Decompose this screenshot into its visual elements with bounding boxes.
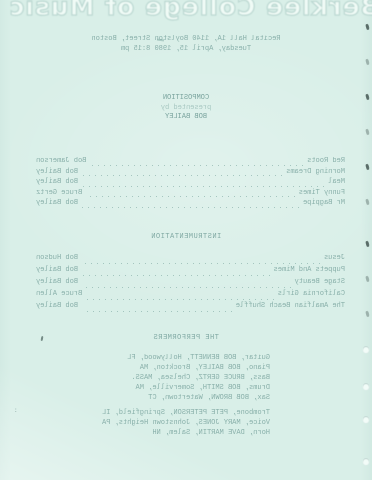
program-row: Meal Bob Bailey: [36, 178, 345, 189]
punch-hole-icon: [363, 458, 369, 464]
presented-by-label: presented by: [0, 104, 372, 114]
piece-performer: Bruce Allen: [36, 290, 82, 298]
piece-title: Mr Bagpipe: [303, 199, 345, 207]
piece-performer: Bob Bailey: [36, 278, 78, 286]
dotted-leader: [82, 263, 320, 264]
piece-title: California Girls: [278, 290, 345, 298]
program-row: Funny Times Bruce Gertz: [36, 189, 345, 200]
piece-performer: Bob Bailey: [36, 302, 78, 310]
dotted-leader: [82, 275, 270, 276]
program-row: Puppets And Mimes Bob Bailey: [36, 266, 345, 278]
piece-title: Red Roots: [307, 157, 345, 165]
dotted-leader: [82, 287, 291, 288]
piece-title: Stage Beauty: [295, 278, 345, 286]
section-heading-performers: THE PERFORMERS: [0, 334, 372, 342]
piece-title: Meal: [328, 178, 345, 186]
piece-performer: Bob Hudson: [36, 254, 78, 262]
dotted-leader: [82, 175, 282, 176]
program-row: Stage Beauty Bob Bailey: [36, 278, 345, 290]
program-row: California Girls Bruce Allen: [36, 290, 345, 302]
dotted-leader: [82, 186, 324, 187]
section-heading-instrumentation: INSTRUMENTATION: [0, 233, 372, 241]
program-row: The Amalfian Beach Shuffle Bob Bailey: [36, 302, 345, 314]
program-list-1: Red Roots Bob Jamerson Morning Dreams Bo…: [36, 157, 345, 210]
ink-smudge-icon: :: [14, 409, 19, 413]
dotted-leader: [86, 196, 295, 197]
program-list-2: Jesus Bob Hudson Puppets And Mimes Bob B…: [36, 254, 345, 314]
performer-line: Voice, MARY JONES, Johnstown Heights, PA: [102, 418, 270, 428]
piece-title: Jesus: [324, 254, 345, 262]
punch-hole-icon: [363, 383, 369, 389]
dotted-leader: [90, 165, 303, 166]
program-row: Mr Bagpipe Bob Bailey: [36, 199, 345, 210]
piece-performer: Bob Jamerson: [36, 157, 86, 165]
performer-line: Bass, BRUCE GERTZ, Chelsea, MASS.: [102, 373, 270, 383]
venue-line: Recital Hall 1A, 1140 Boylston Street, B…: [0, 35, 372, 45]
performers-roster: Guitar, BOB BENNETT, Hollywood, FL Piano…: [0, 353, 372, 438]
scanned-program-page: { "colors": { "paper": "#d9efe8", "ink":…: [0, 0, 372, 480]
date-line: Tuesday, April 15, 1980 8:15 pm: [0, 45, 372, 55]
performer-line: Trombone, PETE PETERSON, Springfield, IL: [102, 408, 270, 418]
piece-title: The Amalfian Beach Shuffle: [236, 302, 345, 310]
performer-line: Drums, BOB SMITH, Somerville, MA: [102, 383, 270, 393]
presentation-block: COMPOSITION presented by BOB BAILEY: [0, 94, 372, 123]
dotted-leader: [86, 299, 274, 300]
mirrored-page-content: Berklee College of Music Recital Hall 1A…: [0, 0, 372, 480]
presenter-name: BOB BAILEY: [0, 113, 372, 123]
program-row: Jesus Bob Hudson: [36, 254, 345, 266]
performer-line: Guitar, BOB BENNETT, Hollywood, FL: [102, 353, 270, 363]
piece-performer: Bob Bailey: [36, 168, 78, 176]
program-heading: COMPOSITION: [0, 94, 372, 104]
piece-title: Funny Times: [299, 189, 345, 197]
piece-performer: Bob Bailey: [36, 178, 78, 186]
piece-title: Morning Dreams: [286, 168, 345, 176]
piece-performer: Bob Bailey: [36, 199, 78, 207]
piece-performer: Bob Bailey: [36, 266, 78, 274]
performer-line: Sax, BOB BROWN, Watertown, CT: [102, 393, 270, 403]
performer-line: Horn, DAVE MARTIN, Salem, NH: [102, 428, 270, 438]
punch-hole-icon: [363, 346, 369, 352]
performer-line: Piano, BOB BAILEY, Brockton, MA: [102, 363, 270, 373]
page-title: Berklee College of Music: [8, 0, 372, 19]
piece-performer: Bruce Gertz: [36, 189, 82, 197]
program-row: Morning Dreams Bob Bailey: [36, 168, 345, 179]
punch-hole-icon: [363, 416, 369, 422]
program-row: Red Roots Bob Jamerson: [36, 157, 345, 168]
venue-date-block: Recital Hall 1A, 1140 Boylston Street, B…: [0, 35, 372, 54]
piece-title: Puppets And Mimes: [274, 266, 345, 274]
dotted-leader: [82, 207, 299, 208]
dotted-leader: [82, 311, 232, 312]
